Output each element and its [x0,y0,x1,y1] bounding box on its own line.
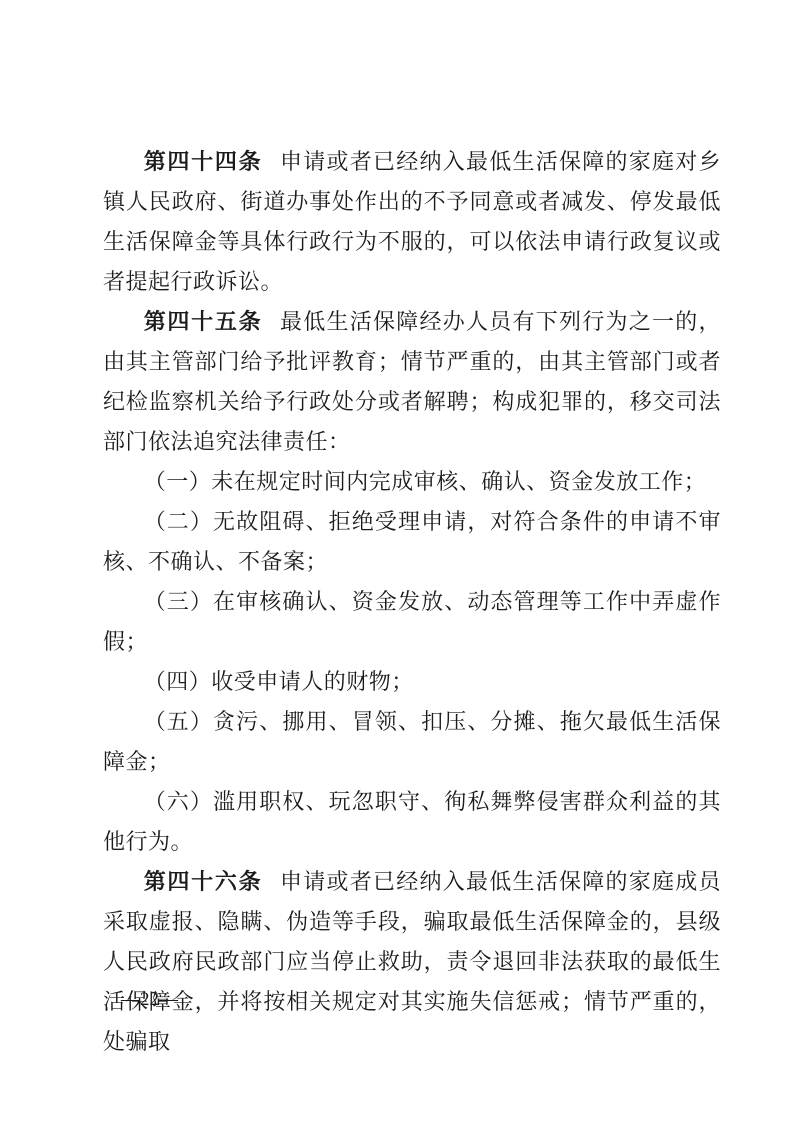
article-45-item-4: （四）收受申请人的财物； [103,662,721,702]
article-45-item-5: （五）贪污、挪用、冒领、扣压、分摊、拖欠最低生活保障金； [103,702,721,782]
article-46-heading: 第四十六条 [144,869,263,894]
article-44-paragraph: 第四十四条申请或者已经纳入最低生活保障的家庭对乡镇人民政府、街道办事处作出的不予… [103,142,721,302]
document-page: 第四十四条申请或者已经纳入最低生活保障的家庭对乡镇人民政府、街道办事处作出的不予… [0,0,793,1122]
article-45-item-1: （一）未在规定时间内完成审核、确认、资金发放工作； [103,462,721,502]
article-46-text: 申请或者已经纳入最低生活保障的家庭成员采取虚报、隐瞒、伪造等手段，骗取最低生活保… [103,869,721,1054]
article-45-item-3: （三）在审核确认、资金发放、动态管理等工作中弄虚作假； [103,582,721,662]
article-45-paragraph: 第四十五条最低生活保障经办人员有下列行为之一的，由其主管部门给予批评教育；情节严… [103,302,721,462]
page-number: —22— [121,985,178,1015]
document-body: 第四十四条申请或者已经纳入最低生活保障的家庭对乡镇人民政府、街道办事处作出的不予… [103,142,721,1062]
article-45-heading: 第四十五条 [144,309,263,334]
article-44-heading: 第四十四条 [144,149,263,174]
article-45-item-2: （二）无故阻碍、拒绝受理申请，对符合条件的申请不审核、不确认、不备案； [103,502,721,582]
article-45-item-6: （六）滥用职权、玩忽职守、徇私舞弊侵害群众利益的其他行为。 [103,782,721,862]
article-46-paragraph: 第四十六条申请或者已经纳入最低生活保障的家庭成员采取虚报、隐瞒、伪造等手段，骗取… [103,862,721,1062]
